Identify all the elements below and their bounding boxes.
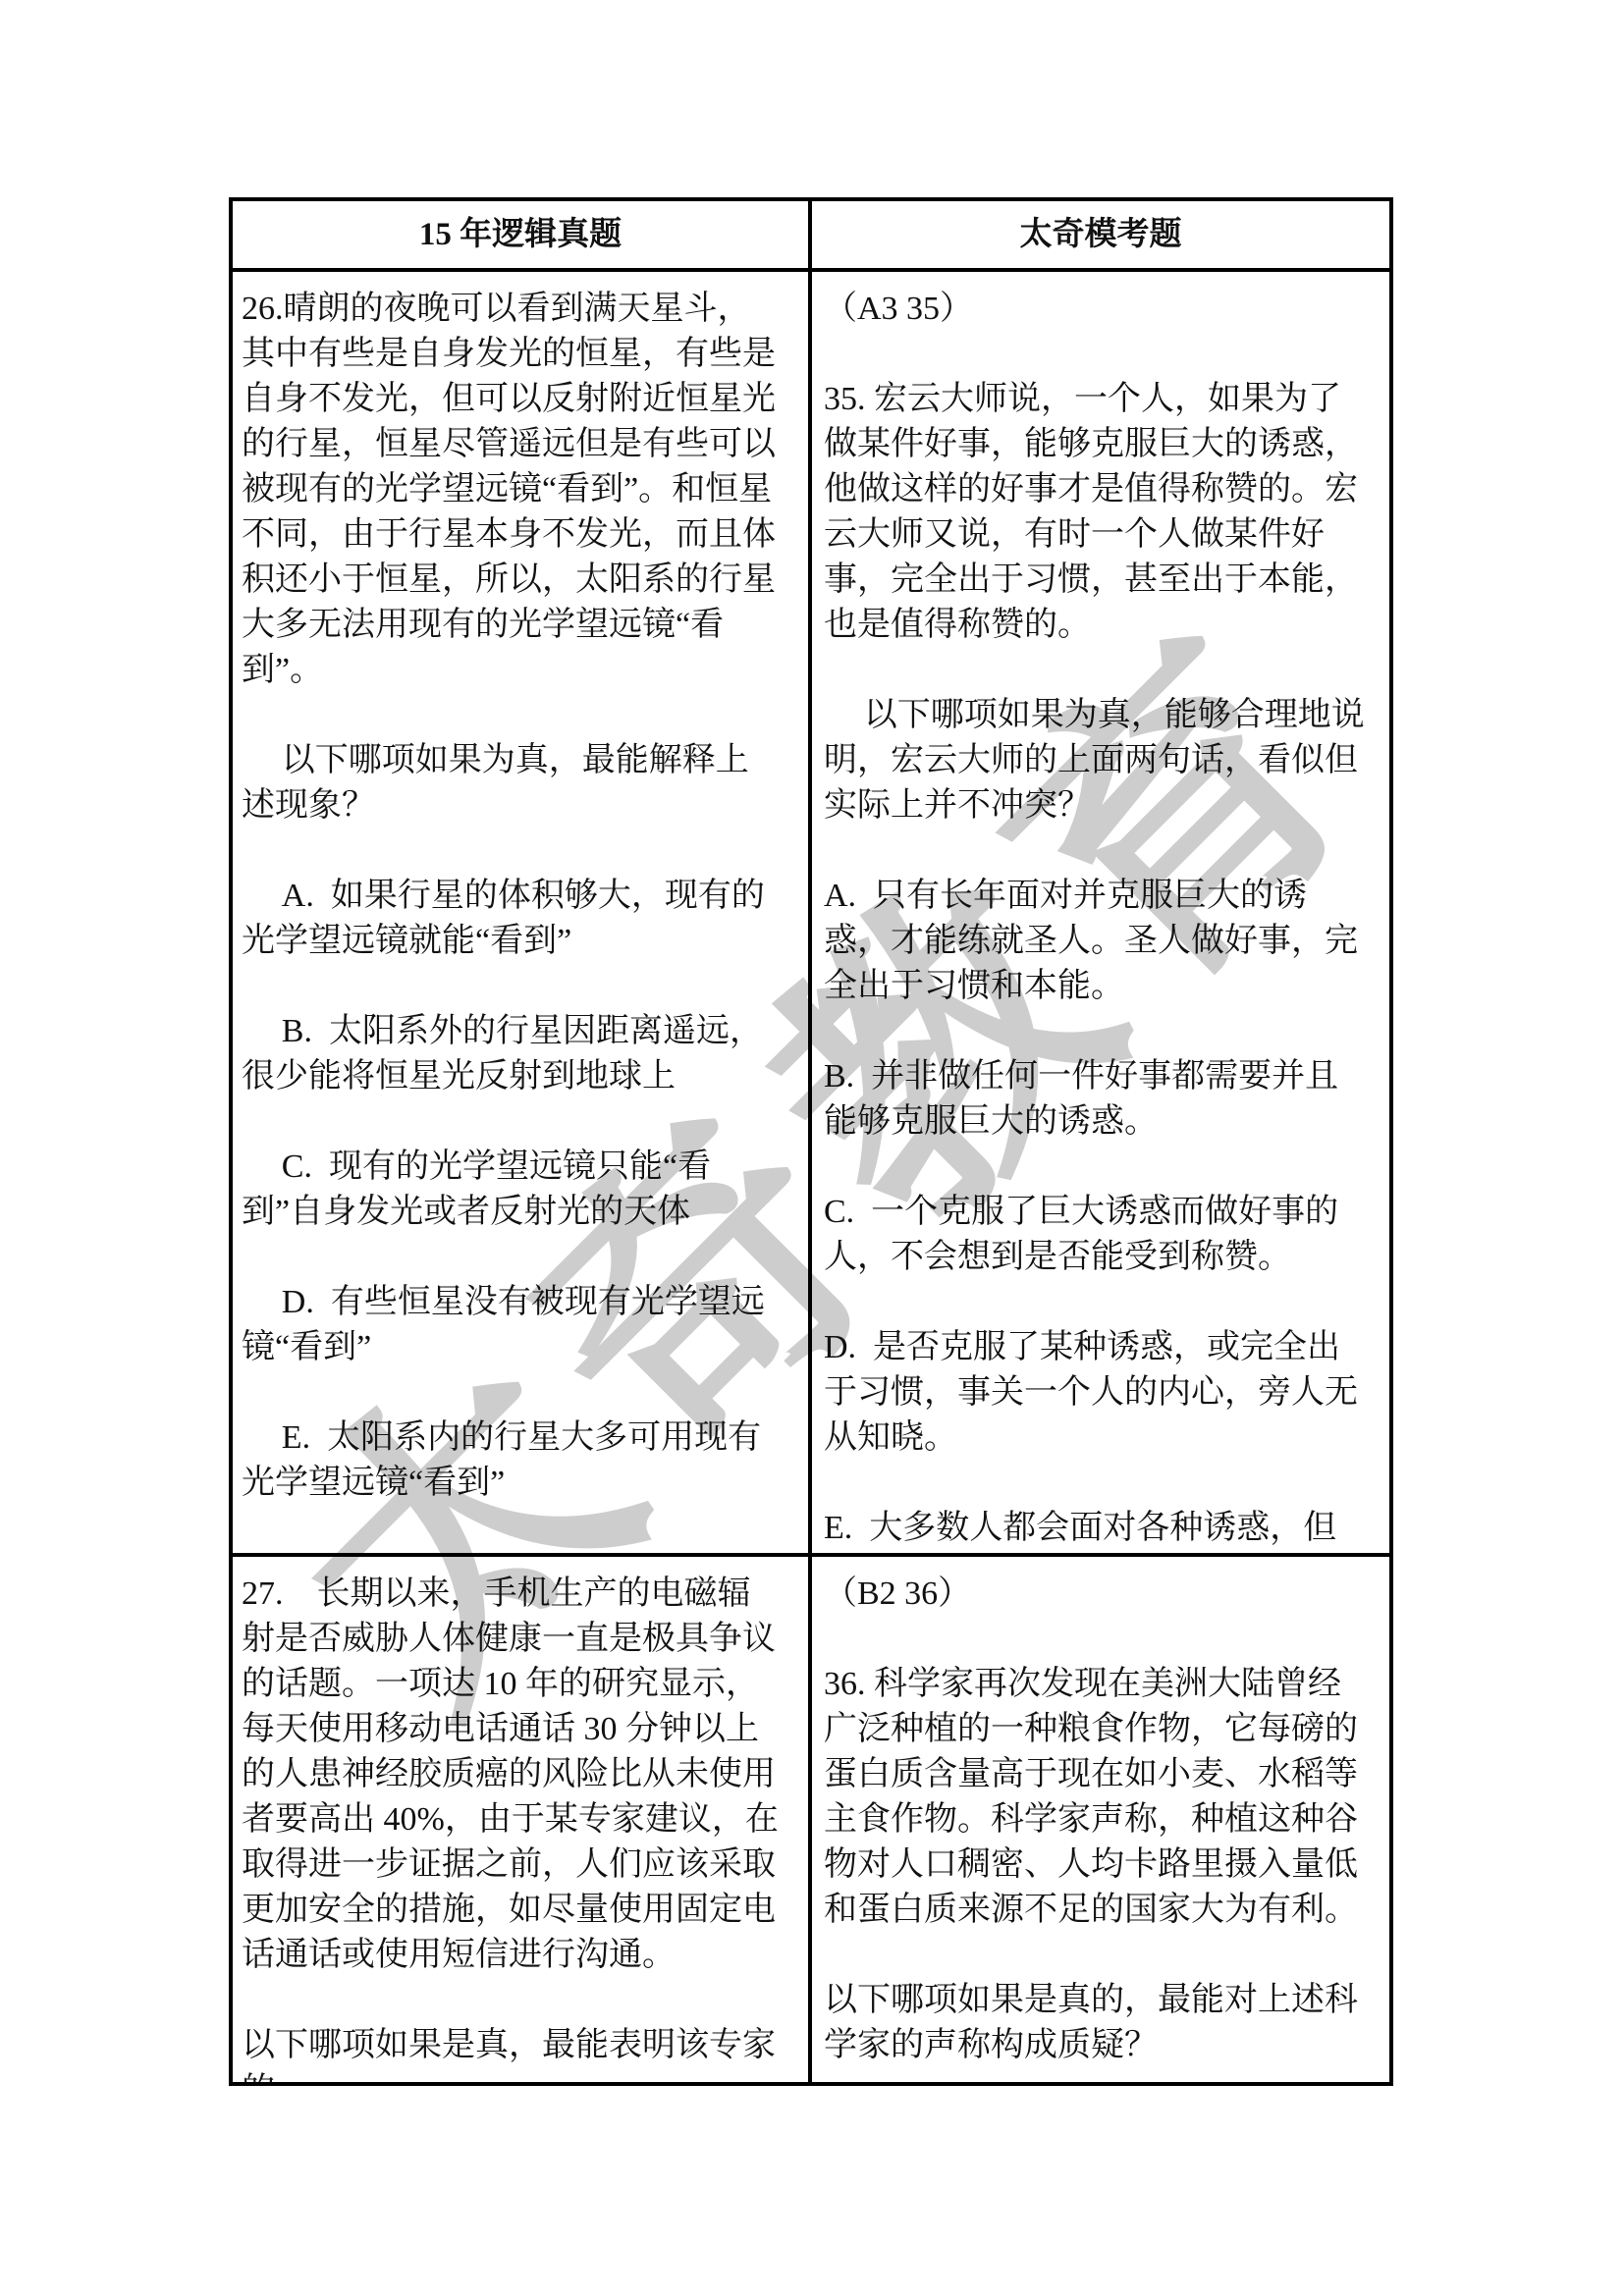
q26-option-c: C. 现有的光学望远镜只能“看到”自身发光或者反射光的天体 [242,1145,779,1235]
cell-question-36: （B2 36） 36. 科学家再次发现在美洲大陆曾经广泛种植的一种粮食作物，它每… [812,1557,1389,2082]
table-header-row: 15 年逻辑真题 太奇模考题 [233,201,1389,272]
q26-body: 26.晴朗的夜晚可以看到满天星斗，其中有些是自身发光的恒星，有些是自身不发光，但… [242,287,779,693]
q35-body: 35. 宏云大师说，一个人，如果为了做某件好事，能够克服巨大的诱惑，他做这样的好… [824,377,1366,648]
q26-option-d: D. 有些恒星没有被现有光学望远镜“看到” [242,1280,779,1370]
header-real-exam-column: 15 年逻辑真题 [233,201,812,268]
cell-question-26: 26.晴朗的夜晚可以看到满天星斗，其中有些是自身发光的恒星，有些是自身不发光，但… [233,272,812,1553]
q35-option-b: B. 并非做任何一件好事都需要并且能够克服巨大的诱惑。 [824,1054,1366,1145]
q35-option-a: A. 只有长年面对并克服巨大的诱惑，才能练就圣人。圣人做好事，完全出于习惯和本能… [824,874,1366,1009]
table-row-q27-q36: 27. 长期以来，手机生产的电磁辐射是否威胁人体健康一直是极具争议的话题。一项达… [233,1557,1389,2082]
table-row-q26-q35: 26.晴朗的夜晚可以看到满天星斗，其中有些是自身发光的恒星，有些是自身不发光，但… [233,272,1389,1557]
header-mock-exam-column: 太奇模考题 [812,201,1389,268]
q35-option-d: D. 是否克服了某种诱惑，或完全出于习惯，事关一个人的内心，旁人无从知晓。 [824,1325,1366,1461]
q26-option-b: B. 太阳系外的行星因距离遥远，很少能将恒星光反射到地球上 [242,1009,779,1099]
q35-source-tag: （A3 35） [824,287,1366,332]
cell-question-27: 27. 长期以来，手机生产的电磁辐射是否威胁人体健康一直是极具争议的话题。一项达… [233,1557,812,2082]
q26-option-a: A. 如果行星的体积够大，现有的光学望远镜就能“看到” [242,874,779,964]
q27-stem: 以下哪项如果是真，最能表明该专家的 [242,2023,779,2082]
q36-stem: 以下哪项如果是真的，最能对上述科学家的声称构成质疑？ [824,1978,1366,2068]
q36-source-tag: （B2 36） [824,1572,1366,1617]
q26-option-e: E. 太阳系内的行星大多可用现有光学望远镜“看到” [242,1415,779,1506]
q26-stem: 以下哪项如果为真，最能解释上述现象？ [242,738,779,828]
q35-stem: 以下哪项如果为真，能够合理地说明，宏云大师的上面两句话，看似但实际上并不冲突？ [824,693,1366,828]
q35-option-c: C. 一个克服了巨大诱惑而做好事的人，不会想到是否能受到称赞。 [824,1190,1366,1280]
cell-question-35: （A3 35） 35. 宏云大师说，一个人，如果为了做某件好事，能够克服巨大的诱… [812,272,1389,1553]
q27-body: 27. 长期以来，手机生产的电磁辐射是否威胁人体健康一直是极具争议的话题。一项达… [242,1572,779,1978]
q35-option-e: E. 大多数人都会面对各种诱惑，但很少有人能完成战胜诱惑。 [824,1506,1366,1553]
exam-comparison-table: 15 年逻辑真题 太奇模考题 26.晴朗的夜晚可以看到满天星斗，其中有些是自身发… [229,197,1393,2086]
q36-body: 36. 科学家再次发现在美洲大陆曾经广泛种植的一种粮食作物，它每磅的蛋白质含量高… [824,1662,1366,1933]
